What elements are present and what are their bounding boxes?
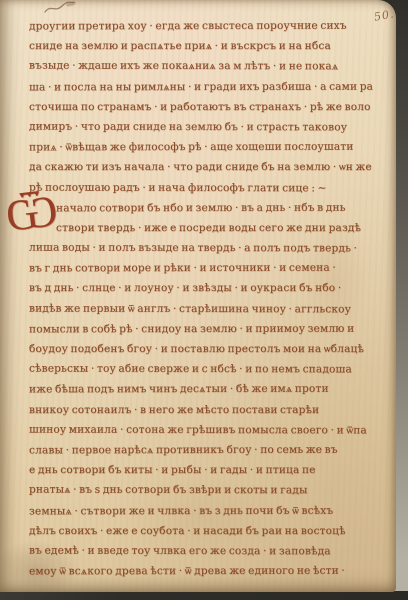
text-line: вникоу сотонаилъ · в него же мѣсто поста… <box>29 400 385 420</box>
text-line: рѣ послоушаю радъ · и нача философъ глат… <box>29 177 385 198</box>
text-line: створи твердь · иже е посреди воды сего … <box>29 218 385 238</box>
manuscript-photo: 50. Ѿ дроугии претира хоу · егда же свыс… <box>0 0 408 600</box>
parchment-leaf: 50. Ѿ дроугии претира хоу · егда же свыс… <box>0 0 396 592</box>
text-line: да скажю ти изъ начала · что ради сниде … <box>29 157 385 177</box>
backdrop-strip <box>0 591 408 600</box>
text-line: въ д днь · слнце · и лоуноу · и звѣзды ·… <box>29 278 385 298</box>
text-line: сниде на землю и распѧтье приѧ · и въскр… <box>29 36 385 56</box>
text-line: дѣлъ своихъ · еже е соубота · и насади б… <box>29 521 385 541</box>
text-line: възыде · ждаше ихъ же покаѧниѧ за м лѣтъ… <box>29 56 385 77</box>
text-line: въ г днь сотвори море и рѣки · и источни… <box>29 258 385 279</box>
text-line: славы · первое нарѣсѧ противникъ бгоу · … <box>29 440 385 461</box>
text-line: шиноу михаила · сотона же грѣшивъ помысл… <box>29 419 385 440</box>
text-line: помысли в собѣ рѣ · снидоу на землю · и … <box>29 318 385 339</box>
text-line: сѣверьскы · тоу абие сверже и с нбсѣ · и… <box>29 359 385 380</box>
text-line: лиша воды · и полъ възыде на твердь · а … <box>29 238 385 259</box>
text-line: видѣв же первыи ѿ англъ · старѣишина чин… <box>29 298 385 319</box>
text-line: приѧ · ѿвѣщав же философъ рѣ · аще хощеш… <box>29 137 385 158</box>
text-line: е днь сотвори бъ киты · и рыбы · и гады … <box>29 460 385 480</box>
text-line: димиръ · что ради сниде на землю бъ · и … <box>29 116 385 137</box>
text-line: дроугии претира хоу · егда же свыстеса п… <box>29 16 385 37</box>
text-line: иже бѣша подъ нимъ чинъ десѧтыи · бѣ же … <box>29 379 385 400</box>
text-line: ша · и посла на ны римлѧны · и гради ихъ… <box>29 76 385 97</box>
text-line: рнатыѧ · въ ѕ днь сотвори бъ звѣри и ско… <box>29 480 385 501</box>
text-line: въ едемѣ · и введе тоу члвка его же созд… <box>29 540 385 561</box>
text-line: боудоу подобенъ бгоу · и поставлю престо… <box>29 339 385 359</box>
text-line: начало сотвори бъ нбо и землю · въ а днь… <box>29 197 385 218</box>
text-column: дроугии претира хоу · егда же свыстеса п… <box>29 16 385 581</box>
text-line: земныѧ · сътвори же и члвка · въ з днь п… <box>29 500 385 521</box>
text-line: емоу ѿ всѧкого древа ѣсти · ѿ древа же е… <box>29 561 385 582</box>
text-line: сточиша по странамъ · и работаютъ въ стр… <box>29 97 385 117</box>
